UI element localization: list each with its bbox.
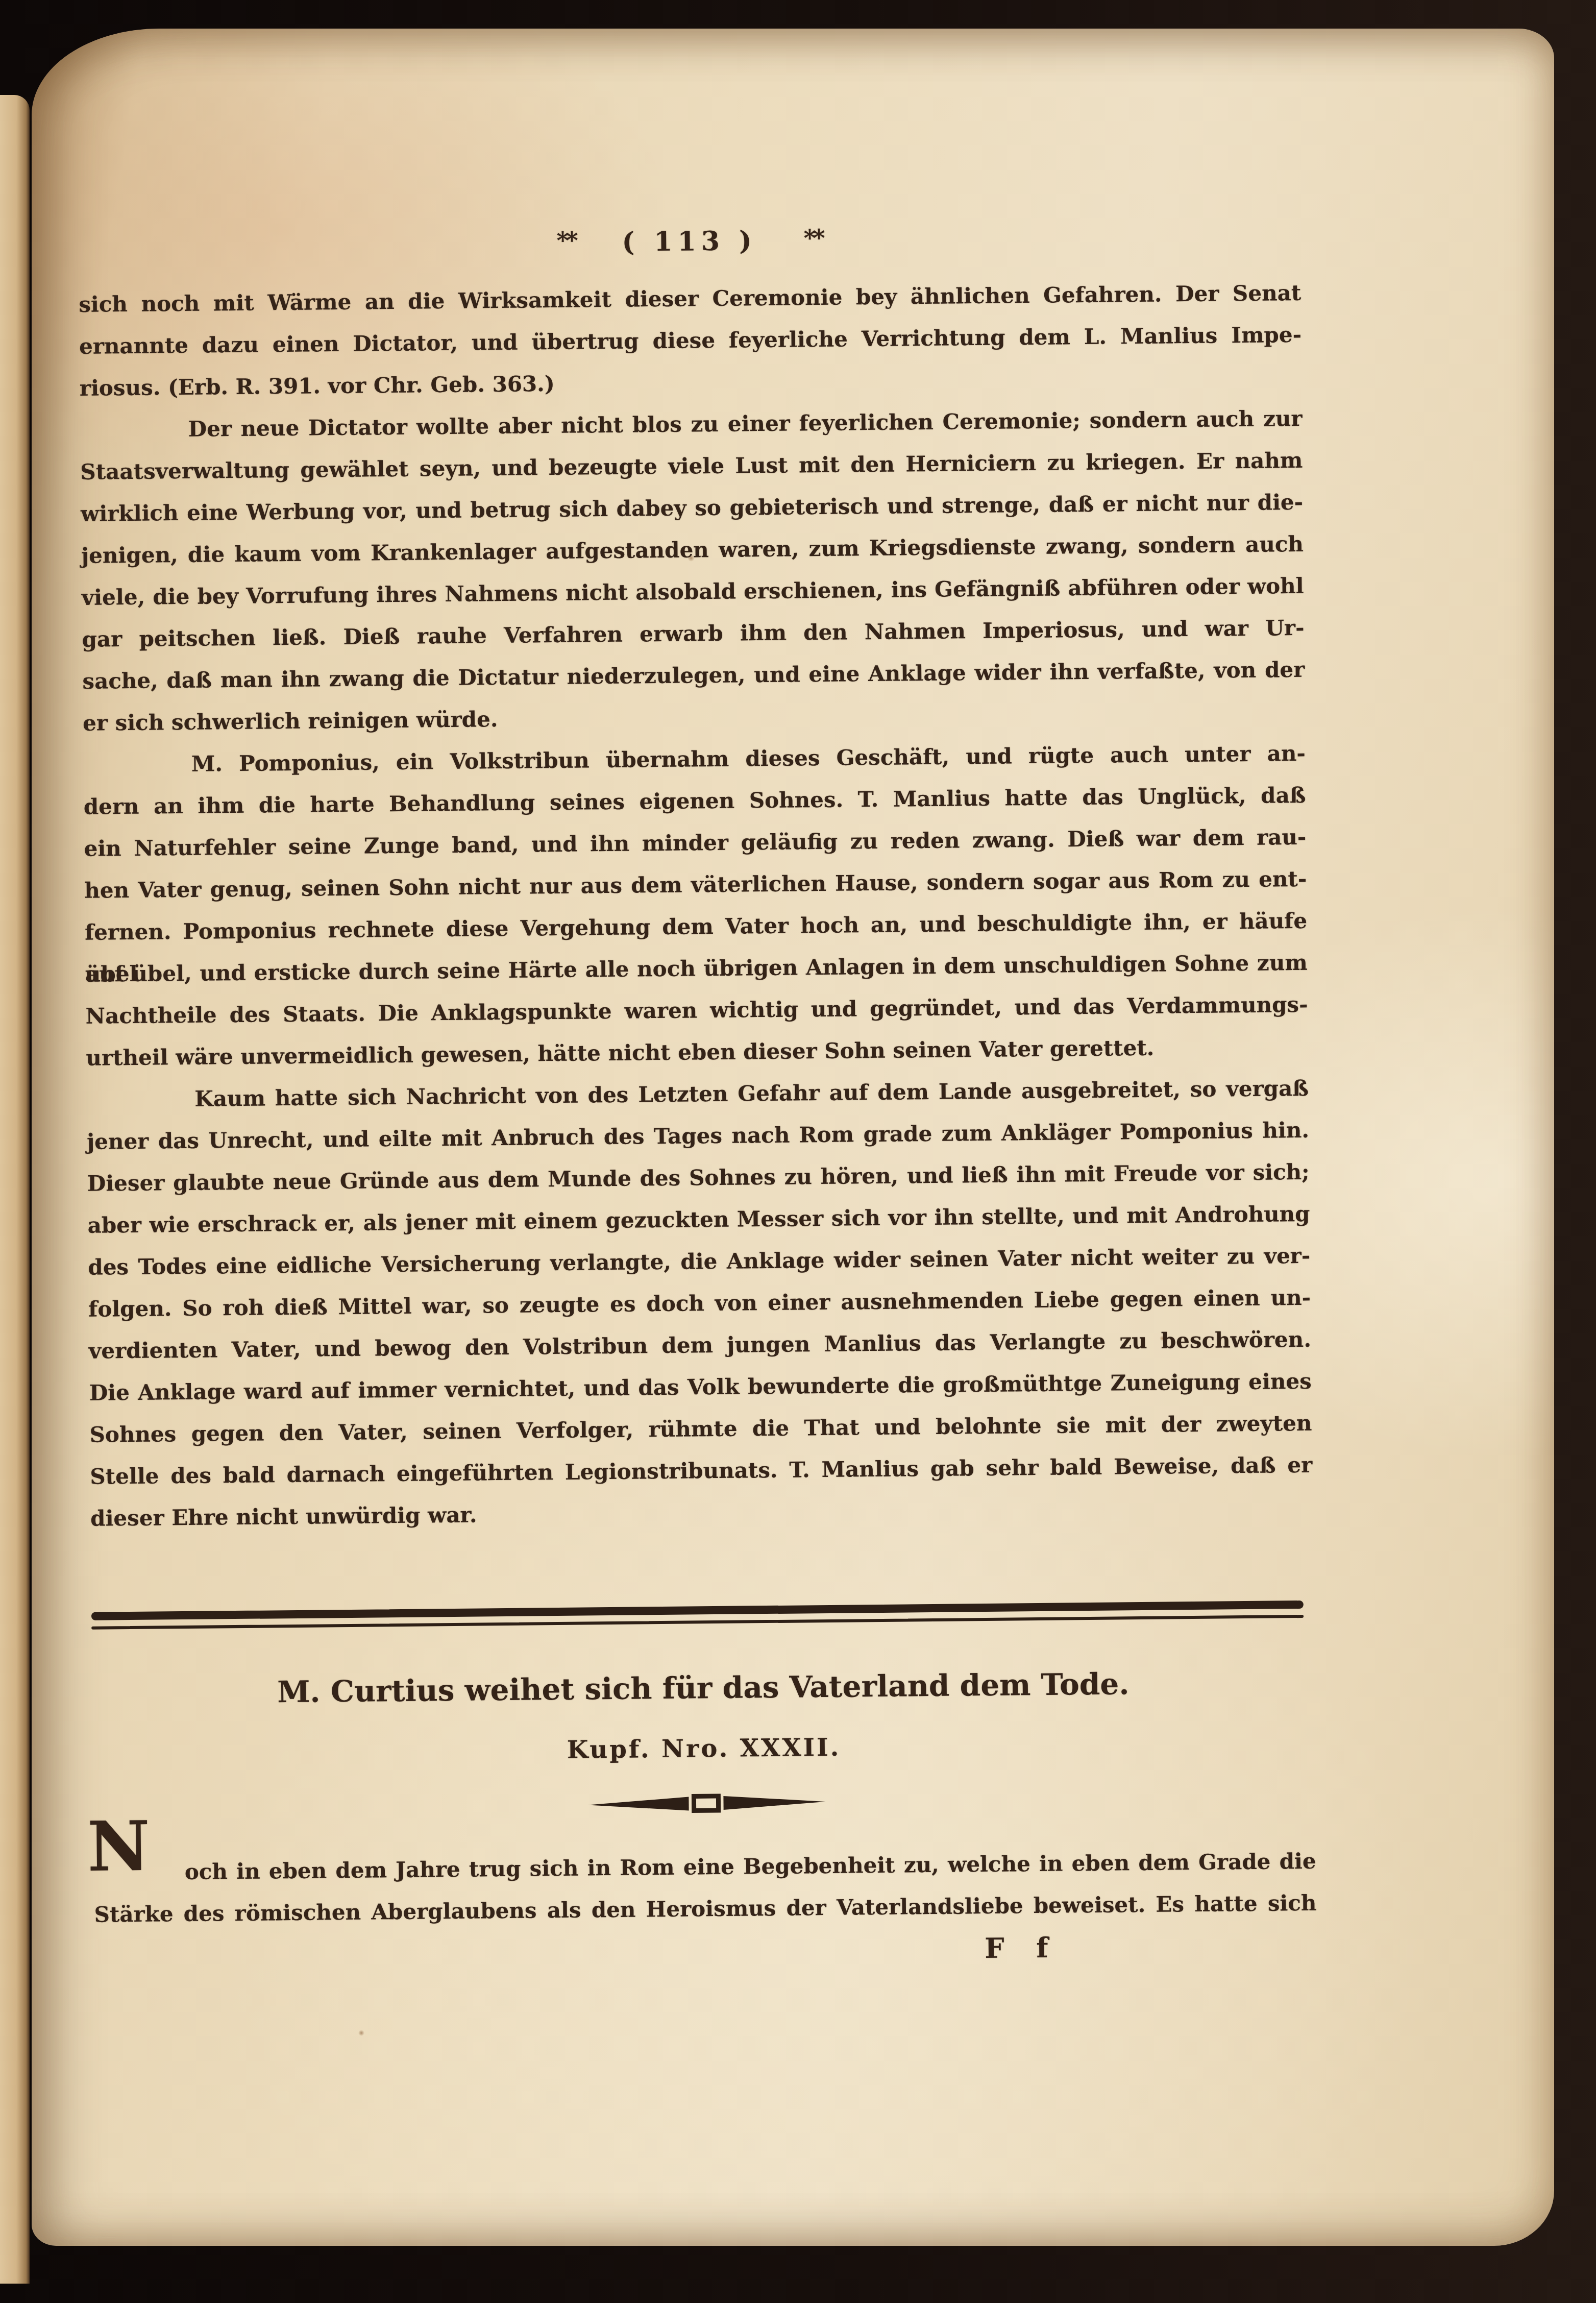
paragraph: Der neue Dictator wollte aber nicht blos… [80,398,1305,744]
signature-mark: F f [985,1931,1060,1965]
body-text: sich noch mit Wärme an die Wirksamkeit d… [79,272,1313,1540]
plate-reference: Kupf. Nro. XXXII. [92,1727,1315,1771]
running-head: ** ( 113 ) ** [78,217,1301,265]
paragraph: M. Pomponius, ein Volkstribun übernahm d… [83,733,1309,1079]
section-title: M. Curtius weihet sich für das Vaterland… [92,1662,1315,1714]
paragraph: sich noch mit Wärme an die Wirksamkeit d… [79,272,1302,409]
drop-cap: N [87,1812,151,1881]
printed-area: ** ( 113 ) ** sich noch mit Wärme an die… [21,19,1565,2251]
lozenge-vignette-icon [586,1792,826,1815]
section-divider-rule [91,1601,1304,1630]
paragraph: Kaum hatte sich Nachricht von des Letzte… [86,1068,1313,1540]
page-number: ( 113 ) [622,225,757,258]
opening-lines: och in eben dem Jahre trug sich in Rom e… [93,1840,1316,1936]
opening-paragraph: N och in eben dem Jahre trug sich in Rom… [93,1840,1316,1936]
asterism-ornament-icon: ** [803,224,822,252]
asterism-ornament-icon: ** [556,227,575,254]
book-page: ** ( 113 ) ** sich noch mit Wärme an die… [32,29,1554,2246]
book-photo: { "header": { "ornament_left": "**", "pa… [0,0,1596,2303]
